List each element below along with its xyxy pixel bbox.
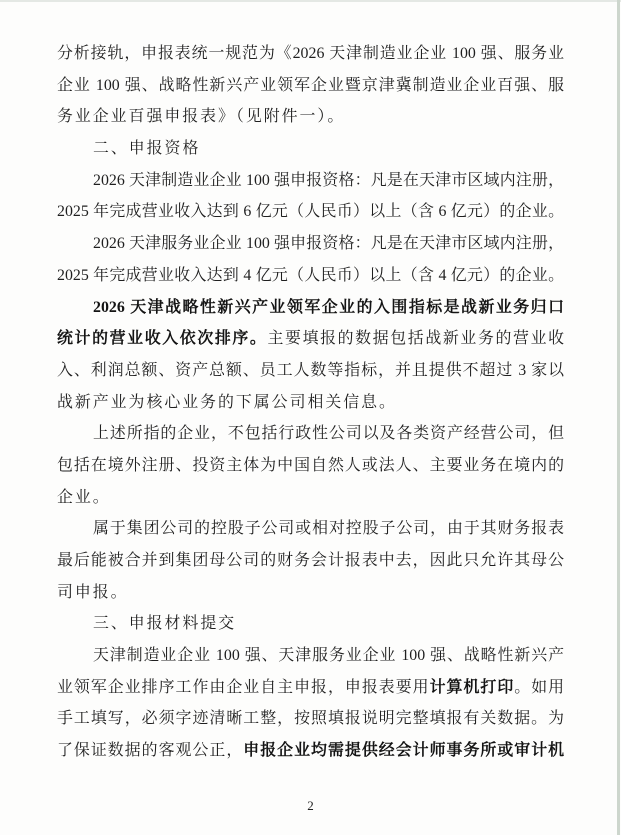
text-line: 2026 天津服务业企业 100 强申报资格：凡是在天津市区域内注册， — [57, 228, 564, 260]
text-run: 2026 天津制造业企业 100 强申报资格：凡是在天津市区域内注册， — [93, 172, 564, 189]
text-run: 最后能被合并到集团母公司的财务会计报表中去，因此只允许其母公 — [57, 552, 564, 569]
text-line: 2026 天津战略性新兴产业领军企业的入围指标是战新业务归口 — [57, 292, 564, 324]
text-line: 最后能被合并到集团母公司的财务会计报表中去，因此只允许其母公 — [57, 545, 564, 577]
text-block: 分析接轨，申报表统一规范为《2026 天津制造业企业 100 强、服务业企业 1… — [57, 38, 564, 767]
text-line: 2025 年完成营业收入达到 4 亿元（人民币）以上（含 4 亿元）的企业。 — [57, 260, 564, 292]
text-line: 企业。 — [57, 482, 564, 514]
text-run: 属于集团公司的控股子公司或相对控股子公司，由于其财务报表 — [93, 520, 564, 537]
text-line: 手工填写，必须字迹清晰工整，按照填报说明完整填报有关数据。为 — [57, 703, 564, 735]
text-line: 天津制造业企业 100 强、天津服务业企业 100 强、战略性新兴产 — [57, 640, 564, 672]
text-line: 企业 100 强、战略性新兴产业领军企业暨京津冀制造业企业百强、服 — [57, 70, 564, 102]
text-line: 分析接轨，申报表统一规范为《2026 天津制造业企业 100 强、服务业 — [57, 38, 564, 70]
scan-right-edge — [617, 0, 620, 835]
bold-text-run: 2026 天津战略性新兴产业领军企业的入围指标是战新业务归口 — [93, 299, 564, 316]
text-run: 2026 天津服务业企业 100 强申报资格：凡是在天津市区域内注册， — [93, 235, 564, 252]
text-line: 入、利润总额、资产总额、员工人数等指标，并且提供不超过 3 家以 — [57, 355, 564, 387]
text-run: 2025 年完成营业收入达到 6 亿元（人民币）以上（含 6 亿元）的企业。 — [57, 203, 564, 220]
text-run: 司申报。 — [57, 584, 129, 601]
text-line: 三、申报材料提交 — [57, 608, 564, 640]
text-run: 二、申报资格 — [93, 140, 200, 157]
document-page: 分析接轨，申报表统一规范为《2026 天津制造业企业 100 强、服务业企业 1… — [0, 0, 621, 835]
text-run: 2025 年完成营业收入达到 4 亿元（人民币）以上（含 4 亿元）的企业。 — [57, 267, 564, 284]
text-run: 主要填报的数据包括战新业务的营业收 — [267, 330, 564, 347]
text-run: 包括在境外注册、投资主体为中国自然人或法人、主要业务在境内的 — [57, 457, 564, 474]
text-run: 手工填写，必须字迹清晰工整，按照填报说明完整填报有关数据。为 — [57, 710, 564, 727]
text-run: 务业企业百强申报表》（见附件一）。 — [57, 108, 345, 125]
text-run: 天津制造业企业 100 强、天津服务业企业 100 强、战略性新兴产 — [93, 647, 564, 664]
text-run: 企业。 — [57, 489, 111, 506]
text-line: 2025 年完成营业收入达到 6 亿元（人民币）以上（含 6 亿元）的企业。 — [57, 196, 564, 228]
text-line: 2026 天津制造业企业 100 强申报资格：凡是在天津市区域内注册， — [57, 165, 564, 197]
text-run: 上述所指的企业，不包括行政性公司以及各类资产经营公司，但 — [93, 425, 564, 442]
text-line: 统计的营业收入依次排序。主要填报的数据包括战新业务的营业收 — [57, 323, 564, 355]
text-run: 。如用 — [514, 679, 564, 696]
text-line: 属于集团公司的控股子公司或相对控股子公司，由于其财务报表 — [57, 513, 564, 545]
text-line: 务业企业百强申报表》（见附件一）。 — [57, 101, 564, 133]
text-line: 战新产业为核心业务的下属公司相关信息。 — [57, 387, 564, 419]
text-run: 分析接轨，申报表统一规范为《2026 天津制造业企业 100 强、服务业 — [57, 45, 564, 62]
text-line: 二、申报资格 — [57, 133, 564, 165]
bold-text-run: 申报企业均需提供经会计师事务所或审计机 — [243, 742, 564, 759]
text-line: 业领军企业排序工作由企业自主申报，申报表要用计算机打印。如用 — [57, 672, 564, 704]
bold-text-run: 计算机打印 — [430, 679, 515, 696]
text-line: 上述所指的企业，不包括行政性公司以及各类资产经营公司，但 — [57, 418, 564, 450]
text-line: 包括在境外注册、投资主体为中国自然人或法人、主要业务在境内的 — [57, 450, 564, 482]
scan-top-edge — [0, 0, 621, 2]
text-run: 业领军企业排序工作由企业自主申报，申报表要用 — [57, 679, 430, 696]
text-run: 了保证数据的客观公正， — [57, 742, 243, 759]
text-run: 战新产业为核心业务的下属公司相关信息。 — [57, 394, 397, 411]
text-run: 企业 100 强、战略性新兴产业领军企业暨京津冀制造业企业百强、服 — [57, 77, 564, 94]
text-run: 三、申报材料提交 — [93, 615, 236, 632]
page-number: 2 — [0, 798, 621, 814]
text-run: 入、利润总额、资产总额、员工人数等指标，并且提供不超过 3 家以 — [57, 362, 564, 379]
bold-text-run: 统计的营业收入依次排序。 — [57, 330, 267, 347]
text-line: 司申报。 — [57, 577, 564, 609]
text-line: 了保证数据的客观公正，申报企业均需提供经会计师事务所或审计机 — [57, 735, 564, 767]
